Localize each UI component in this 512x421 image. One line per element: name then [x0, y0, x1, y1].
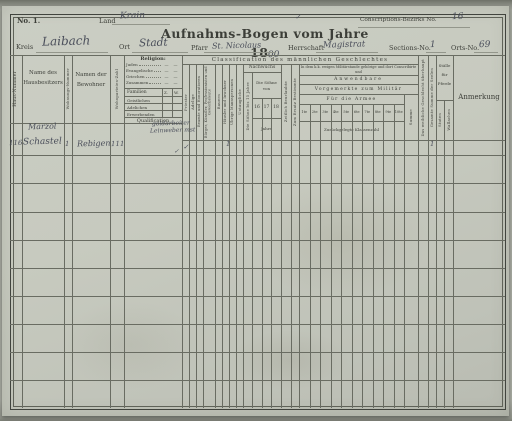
- pferde-col-stuten: Stuten: [436, 100, 444, 140]
- grid-line: [196, 64, 197, 408]
- age-cell-16: 16: [252, 105, 262, 110]
- pferde-col-text: Stuten: [438, 113, 442, 127]
- grid-line: [299, 94, 418, 95]
- grid-line: [10, 352, 505, 353]
- kreis-value-handwritten: Laibach: [42, 33, 91, 48]
- class-col-untaugliche: Untaugliche: [236, 64, 243, 140]
- class-col-text: Bürger, Künstler, Professionisten und Ge…: [205, 64, 212, 140]
- grid-line: [444, 100, 445, 408]
- grid-line: [182, 55, 183, 408]
- grid-line: [10, 380, 505, 381]
- grid-line: [10, 55, 505, 56]
- nachwuchs-center-label: Die Söhne von: [252, 80, 281, 93]
- form-number-label: No. 1.: [17, 17, 40, 25]
- pfarr-value-handwritten: St. Nicolaus: [212, 40, 261, 50]
- grid-line: [299, 64, 300, 408]
- col-header-haus-nummer-text: Haus-Nummer: [14, 71, 19, 107]
- entry-wohnungsnummer: 1: [65, 140, 70, 148]
- grid-line: [383, 104, 384, 408]
- grid-line: [281, 64, 282, 408]
- nachwuchs-left-col: Die Söhne bis 15 Jahre: [243, 72, 252, 140]
- class-cell: 2te: [310, 110, 321, 114]
- military-heading: In dem k.k. ewigen Militärstande gehörig…: [300, 65, 417, 74]
- seelen-text: Gesamte Summe der Seelen: [430, 68, 434, 127]
- grid-line: [182, 140, 505, 141]
- sections-no-label: Sections-No.: [389, 45, 431, 52]
- religion-row-label: Evangelische: [126, 69, 153, 73]
- class-col-haeusler: Häusler und Inwohner: [222, 64, 229, 140]
- grid-line: [189, 64, 190, 408]
- classification-banner: Classification des männlichen Geschlecht…: [182, 57, 418, 63]
- military-vorgemerkte: Vorgemerkte zum Militär: [299, 87, 418, 92]
- class-col-text: Bauern: [217, 94, 221, 109]
- grid-line: [299, 75, 418, 76]
- nachwuchs-bottom-label: Jahre: [252, 126, 281, 131]
- entry-hausbesitzer-row1: Schastel: [23, 136, 62, 147]
- class-cell: 10te: [394, 110, 405, 114]
- pferde-header: Ställe für Pferde: [436, 62, 453, 88]
- grid-line: [362, 104, 363, 408]
- class-col-text: Beamte und Honoratioren: [198, 76, 202, 127]
- entry-mark-weiblich: 1: [430, 140, 435, 148]
- ort-value-handwritten: Stadt: [139, 37, 168, 50]
- class-cell: 9te: [383, 110, 394, 114]
- grid-line: [243, 64, 244, 408]
- grid-line: [215, 64, 216, 408]
- orts-no-value-handwritten: 69: [479, 40, 491, 50]
- grid-line: [124, 110, 182, 111]
- grid-line: [316, 52, 378, 53]
- religion-row-value: —: [171, 75, 180, 79]
- class-col-text: Untaugliche: [238, 89, 242, 115]
- entry-hausnummer: 116: [9, 139, 23, 147]
- religion-row-value: —: [162, 63, 171, 67]
- grid-line: [310, 104, 311, 408]
- col-header-wohnungs-nummer-text: Wohnungs-Nummer: [66, 68, 70, 109]
- qualification-row: Erwerbenden: [127, 112, 155, 117]
- qualification-col2: W.: [174, 90, 179, 95]
- class-cell: 6te: [352, 110, 363, 114]
- grid-line: [64, 55, 65, 408]
- grid-line: [72, 55, 73, 408]
- grid-line: [352, 104, 353, 408]
- grid-line: [373, 104, 374, 408]
- grid-line: [162, 88, 163, 117]
- beurlaubte-text: Zeitlich Beurlaubte: [284, 81, 288, 122]
- religion-row-label: Juden: [126, 63, 138, 67]
- qualification-row: Geistlichen: [127, 98, 150, 103]
- age-cell-18: 18: [271, 105, 281, 110]
- weiblich-col: Das weibliche Geschlecht überhaupt: [418, 55, 428, 140]
- scanned-census-form: { "form": { "number": "No. 1.", "land_la…: [0, 0, 512, 421]
- grid-line: [394, 104, 395, 408]
- beurlaubte-col: Zeitlich Beurlaubte: [281, 64, 291, 140]
- grid-line: [331, 104, 332, 408]
- grid-line: [10, 268, 505, 269]
- entry-qualification-line2: Leinweber mst: [150, 126, 196, 134]
- entry-check-qualification: ✓: [174, 148, 179, 155]
- grid-line: [299, 84, 418, 85]
- class-col-text: Häusler und Inwohner: [224, 80, 228, 124]
- religion-row: Zusammen——: [126, 81, 180, 85]
- grid-line: [124, 103, 182, 104]
- religion-row-value: —: [171, 63, 180, 67]
- weiblich-text: Das weibliche Geschlecht überhaupt: [421, 59, 425, 136]
- grid-line: [291, 64, 292, 408]
- class-cell: 8te: [373, 110, 384, 114]
- col-header-wohnparteien: Wohnparteien-Zahl: [110, 55, 124, 123]
- grid-line: [243, 72, 281, 73]
- col-header-haus-nummer: Haus-Nummer: [10, 55, 22, 123]
- grid-line: [418, 55, 419, 408]
- summe-text: Summe: [409, 109, 413, 125]
- herrschaft-value-handwritten: Magistrat: [323, 39, 366, 50]
- religion-row-label: Griechen: [126, 75, 145, 79]
- age-cell-17: 17: [262, 105, 271, 110]
- class-col-text: Übrige Mannspersonen: [231, 79, 235, 125]
- class-col-beamte: Beamte und Honoratioren: [196, 64, 203, 140]
- qualification-header: Familien: [127, 90, 147, 95]
- grid-line: [10, 240, 505, 241]
- pferde-col-text: Wallachen: [447, 109, 451, 131]
- grid-line: [252, 98, 281, 99]
- entry-mark-classification: 1: [226, 140, 231, 148]
- kreis-label: Kreis: [16, 44, 33, 51]
- grid-line: [453, 55, 454, 408]
- grid-line: [203, 64, 204, 408]
- class-cell: 1te: [299, 110, 310, 114]
- religion-row-value: —: [171, 81, 180, 85]
- entry-wohnparteien-zahl: 111: [111, 140, 125, 148]
- check-mark-title: ✓: [295, 13, 301, 21]
- land-value-handwritten: Krain: [120, 11, 145, 22]
- religion-row-value: —: [171, 69, 180, 73]
- entry-bewohner: Rebigen: [77, 139, 111, 149]
- grid-line: [252, 72, 253, 408]
- grid-line: [10, 296, 505, 297]
- class-col-bauern: Bauern: [215, 64, 222, 140]
- grid-line: [229, 64, 230, 408]
- grid-line: [22, 55, 23, 408]
- religion-row: Juden——: [126, 63, 180, 67]
- class-col-buerger: Bürger, Künstler, Professionisten und Ge…: [203, 64, 215, 140]
- seelen-col: Gesamte Summe der Seelen: [428, 55, 436, 140]
- grid-line: [10, 324, 505, 325]
- col-header-wohnparteien-text: Wohnparteien-Zahl: [115, 69, 119, 109]
- grid-line: [124, 88, 182, 89]
- anmerkung-header: Anmerkung: [453, 93, 505, 101]
- dotted-leader: [154, 70, 161, 72]
- grid-line: [404, 94, 405, 408]
- religion-row-label: Zusammen: [126, 81, 148, 85]
- ersatz-col: Zum Ersatz Bestimmte: [291, 64, 299, 140]
- summe-col: Summe: [404, 94, 418, 140]
- grid-line: [36, 52, 108, 53]
- class-col-text: Adelige: [191, 94, 195, 110]
- ort-label: Ort: [119, 44, 130, 51]
- grid-line: [124, 55, 125, 408]
- grid-line: [341, 104, 342, 408]
- grid-line: [262, 98, 263, 408]
- col-header-wohnungs-nummer: Wohnungs-Nummer: [64, 55, 72, 123]
- class-col-text: Priester: [184, 94, 188, 111]
- grid-line: [204, 52, 276, 53]
- grid-line: [236, 64, 237, 408]
- grid-line: [110, 55, 111, 408]
- entry-check-classification: ✓: [183, 143, 189, 151]
- ersatz-text: Zum Ersatz Bestimmte: [293, 78, 297, 126]
- conscription-district-value-handwritten: 16: [452, 12, 464, 22]
- qualification-col1: Z.: [164, 90, 168, 95]
- dotted-leader: [146, 76, 161, 78]
- nachwuchs-title: Nachwuchs: [243, 65, 281, 70]
- dotted-leader: [149, 82, 161, 84]
- grid-line: [426, 52, 446, 53]
- class-cell: 5te: [341, 110, 352, 114]
- grid-line: [252, 118, 281, 119]
- col-header-hausbesitzer: Name des Hausbesitzers: [23, 68, 63, 89]
- grid-line: [320, 104, 321, 408]
- qualification-row: Adelichen: [127, 105, 147, 110]
- grid-line: [474, 52, 498, 53]
- military-anwendbare: Anwendbare: [299, 77, 418, 82]
- grid-line: [10, 183, 505, 184]
- grid-line: [172, 88, 173, 117]
- grid-line: [271, 98, 272, 408]
- grid-line: [112, 24, 170, 25]
- military-fuer-die-armee: Für die Armee: [299, 97, 404, 102]
- sections-no-value-handwritten: 1: [430, 40, 436, 50]
- religion-row: Evangelische——: [126, 69, 180, 73]
- grid-line: [436, 55, 437, 408]
- religion-row-value: —: [162, 69, 171, 73]
- grid-line: [428, 55, 429, 408]
- grid-line: [124, 117, 182, 118]
- entry-hausbesitzer-row0: Marzol: [28, 122, 57, 132]
- class-cell: 4te: [331, 110, 342, 114]
- grid-line: [124, 96, 182, 97]
- dotted-leader: [139, 64, 161, 66]
- class-cell: 3te: [320, 110, 331, 114]
- religion-row: Griechen——: [126, 75, 180, 79]
- religion-row-value: —: [162, 75, 171, 79]
- grid-line: [182, 64, 418, 65]
- grid-line: [358, 27, 470, 28]
- religion-row-value: —: [162, 81, 171, 85]
- col-header-bewohner: Namen der Bewohner: [73, 70, 109, 91]
- grid-line: [10, 155, 505, 156]
- nachwuchs-left-text: Die Söhne bis 15 Jahre: [246, 82, 250, 130]
- grid-line: [132, 52, 188, 53]
- class-cell: 7te: [362, 110, 373, 114]
- class-col-uebrige: Übrige Mannspersonen: [229, 64, 236, 140]
- grid-line: [10, 212, 505, 213]
- pferde-col-wallachen: Wallachen: [444, 100, 453, 140]
- grid-line: [222, 64, 223, 408]
